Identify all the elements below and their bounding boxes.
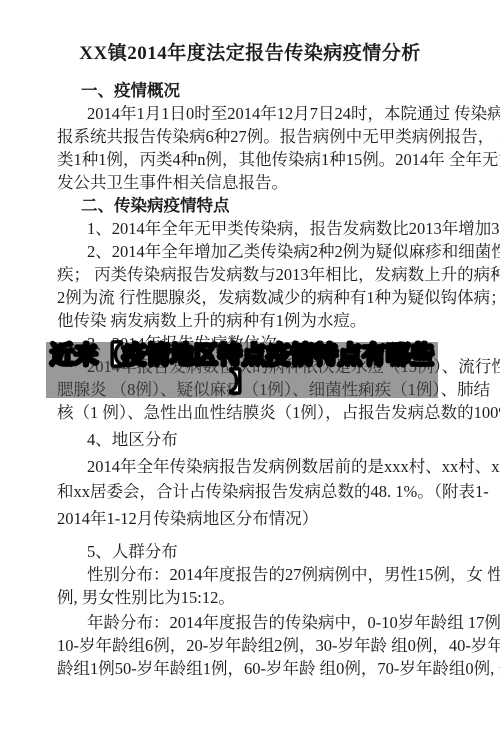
document-line: 年龄分布：2014年度报告的传染病中，0-10岁年龄组 17例， [57,611,443,634]
document-line: 1、2014年全年无甲类传染病，报告发病数比2013年增加3例。 [57,217,443,240]
document-line: 例, 男女性别比为15:12。 [57,586,443,609]
document-line: 一、疫情概况 [57,79,443,102]
document-page: XX镇2014年度法定报告传染病疫情分析 一、疫情概况2014年1月1日0时至2… [0,0,500,744]
document-line: 2014年全年传染病报告发病例数居前的是xxx村、xx村、xx村 [57,455,443,478]
document-line: 发公共卫生事件相关信息报告。 [57,171,443,194]
caption-overlay: 近来【疫情地区特点疫情特点有哪些 】 [46,342,438,398]
caption-overlay-line2: 】 [46,369,438,396]
document-line: 核（1 例）、急性出血性结膜炎（1例），占报告发病总数的100%。 [57,401,443,424]
document-line: 龄组1例50-岁年龄组1例，60-岁年龄 组0例，70-岁年龄组0例, 分 [57,657,443,680]
document-line: 类1种1例，丙类4种n例，其他传染病1种15例。2014年 全年无突 [57,148,443,171]
document-line: 二、传染病疫情特点 [57,194,443,217]
document-line: 性别分布：2014年度报告的27例病例中，男性15例，女 性12 [57,563,443,586]
caption-overlay-line1: 近来【疫情地区特点疫情特点有哪些 [46,342,438,369]
document-title: XX镇2014年度法定报告传染病疫情分析 [57,41,443,67]
document-line: 疾； 丙类传染病报告发病数与2013年相比，发病数上升的病种有 [57,263,443,286]
document-line: 2、2014年全年增加乙类传染病2种2例为疑似麻疹和细菌性痢 [57,240,443,263]
document-line: 2例为流 行性腮腺炎，发病数减少的病种有1种为疑似钩体病；其 [57,286,443,309]
document-line: 4、地区分布 [57,428,443,451]
document-line: 2014年1-12月传染病地区分布情况） [57,505,443,532]
document-line: 10-岁年龄组6例，20-岁年龄组2例，30-岁年龄 组0例，40-岁年 [57,634,443,657]
document-line: 2014年1月1日0时至2014年12月7日24时，本院通过 传染病网 [57,102,443,125]
document-line: 和xx居委会，合计占传染病报告发病总数的48. 1%。（附表1- [57,478,443,505]
document-line: 他传染 病发病数上升的病种有1例为水痘。 [57,309,443,332]
document-line: 报系统共报告传染病6种27例。报告病例中无甲类病例报告， 乙 [57,125,443,148]
document-line: 5、人群分布 [57,540,443,563]
